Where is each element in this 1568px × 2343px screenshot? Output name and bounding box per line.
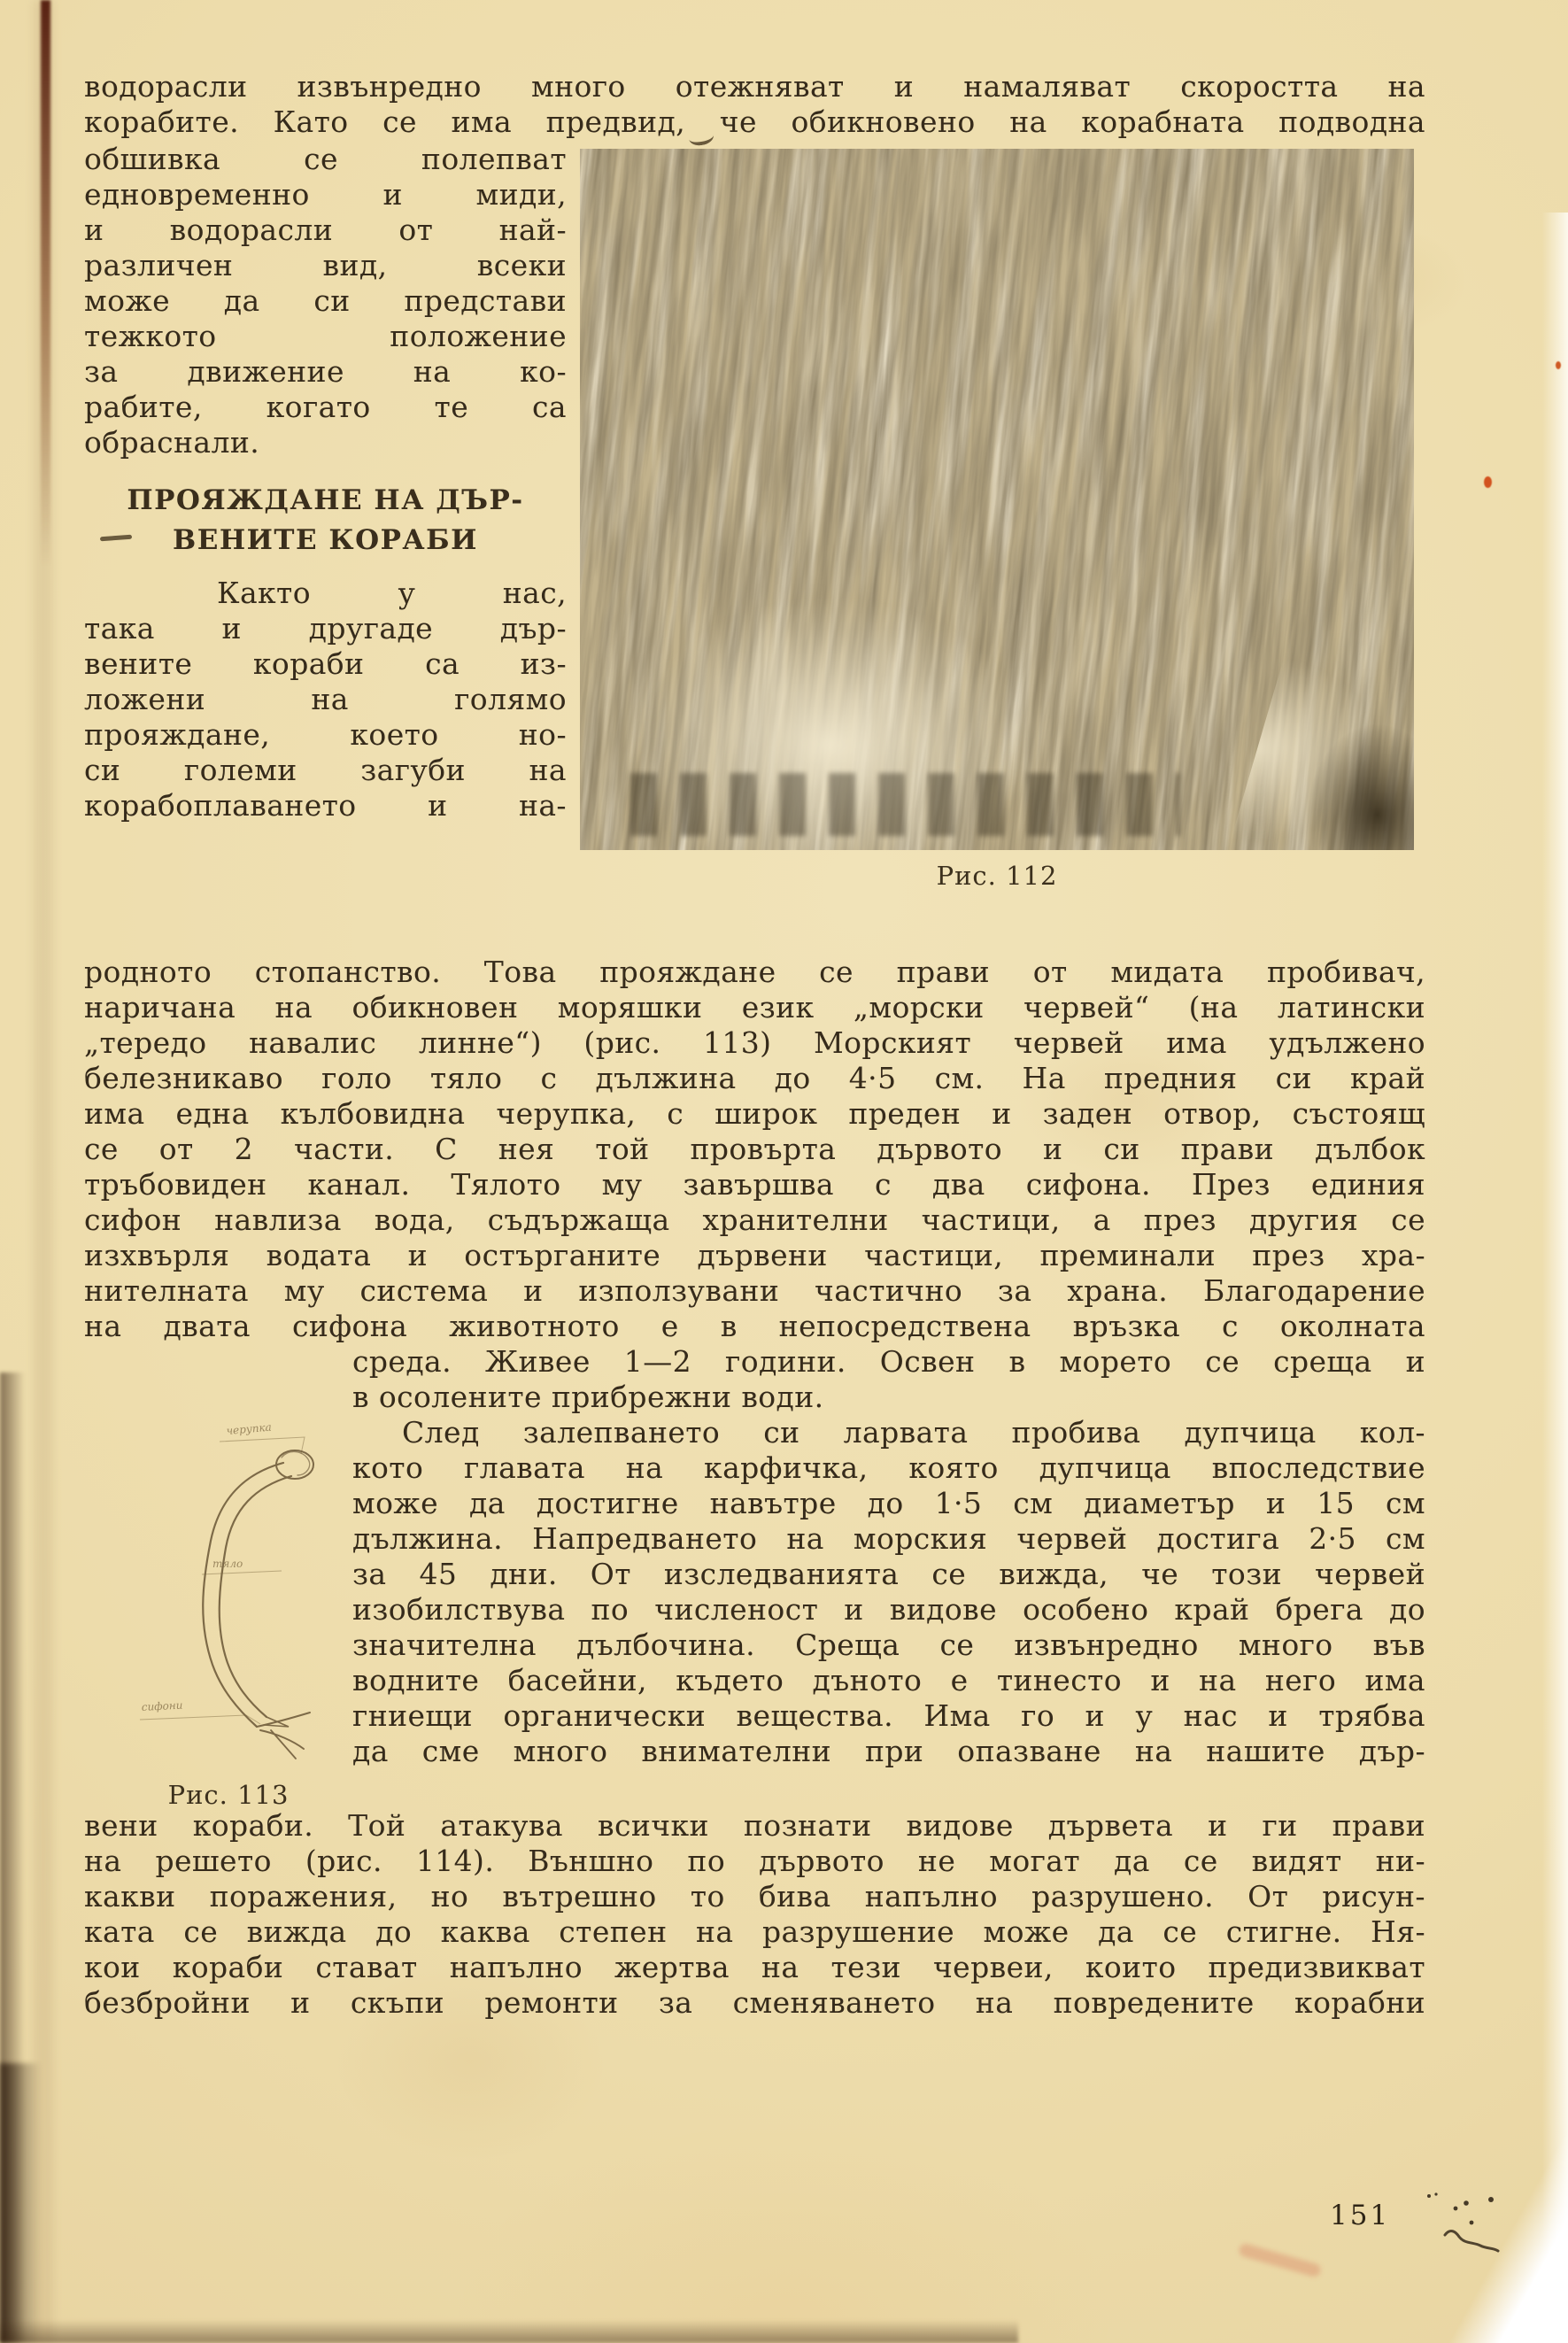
section-heading-line1: ПРОЯЖДАНЕ НА ДЪР- [84,481,567,521]
text-line: така и другаде дър- [84,611,567,646]
text-line: вени кораби. Той атакува всички познати … [84,1808,1425,1844]
text-line: водорасли извънредно много отежняват и н… [84,69,1425,104]
figure-112-caption: Рис. 112 [580,861,1414,891]
text-line: прояждане, което но- [84,717,567,753]
orange-ink-speck [1484,476,1492,488]
figure-112-photo [580,149,1414,850]
text-line: белезникаво голо тяло с дължина до 4·5 с… [84,1061,1425,1096]
text-line: корабоплаването и на- [84,788,567,824]
binding-crease-faint [34,0,53,2343]
text-line: водните басейни, където дъното е тинесто… [352,1663,1425,1698]
text-line: и водорасли от най- [84,213,567,248]
figure-113-label-shell: черупка [226,1421,272,1437]
text-line: безбройни и скъпи ремонти за сменяването… [84,1985,1425,2021]
text-line: в осолените прибрежни води. [352,1380,1425,1415]
binding-crease [41,0,50,567]
text-line: вените кораби са из- [84,646,567,682]
text-line: може да си представи [84,283,567,319]
book-page-scan: водорасли извънредно много отежняват и н… [0,0,1568,2343]
paragraph-right-column: среда. Живее 1—2 години. Освен в морето … [352,1344,1425,1769]
text-line: ложени на голямо [84,682,567,717]
text-line: наричана на обикновен моряшки език „морс… [84,990,1425,1025]
text-line: Както у нас, [84,576,567,611]
text-line: изобилствува по численост и видове особе… [352,1592,1425,1628]
bottom-left-shadow [0,1373,25,2343]
figure-113-label-siphons: сифони [141,1699,182,1713]
text-line: корабите. Като се има предвид, че обикно… [84,104,1425,140]
text-line: за 45 дни. От изследванията се вижда, че… [352,1557,1425,1592]
ink-dots-squiggle [1410,2180,1516,2269]
photo-bottom-blotches [630,773,1181,836]
bottom-page-edge [0,2320,1018,2343]
text-line: сифон навлиза вода, съдържаща хранителни… [84,1202,1425,1238]
text-line: се от 2 части. С нея той провърта дървот… [84,1132,1425,1167]
text-line: на решето (рис. 114). Външно по дървото … [84,1844,1425,1879]
text-line: среда. Живее 1—2 години. Освен в морето … [352,1344,1425,1380]
text-line: След залепването си ларвата пробива дупч… [352,1415,1425,1450]
figure-113-label-body: тяло [212,1558,243,1570]
text-line: различен вид, всеки [84,248,567,283]
text-line: нителната му система и използувани части… [84,1273,1425,1309]
photo-dark-corner [1197,542,1414,850]
text-line: ката се вижда до каква степен на разруше… [84,1914,1425,1950]
bottom-left-corner-shadow [0,2063,41,2343]
figure-113-drawing: черупка тяло сифони [113,1415,354,1771]
right-page-edge [1542,213,1568,2343]
paragraph-top: водорасли извънредно много отежняват и н… [84,69,1425,140]
red-ink-smudge [1238,2242,1322,2278]
text-line: дължина. Напредването на морския червей … [352,1521,1425,1557]
figure-113-caption: Рис. 113 [113,1780,344,1810]
text-line: може да достигне навътре до 1·5 см диаме… [352,1486,1425,1521]
text-line: изхвърля водата и остърганите дървени ча… [84,1238,1425,1273]
shipworm-illustration: черупка тяло сифони [113,1415,354,1771]
scanner-background-corner [1302,2051,1568,2343]
page-number: 151 [1330,2200,1390,2231]
paragraph-left-column-1: обшивка се полепватедновременно и миди,и… [84,142,567,460]
text-line: обраснали. [84,425,567,460]
text-line: на двата сифона животното е в непосредст… [84,1309,1425,1344]
text-line: „тередо навалис линне“) (рис. 113) Морск… [84,1025,1425,1061]
text-line: едновременно и миди, [84,177,567,213]
text-line: кои кораби стават напълно жертва на тези… [84,1950,1425,1985]
text-line: за движение на ко- [84,354,567,390]
text-line: значителна дълбочина. Среща се извънредн… [352,1628,1425,1663]
text-line: да сме много внимателни при опазване на … [352,1734,1425,1769]
text-line: гниещи органически вещества. Има го и у … [352,1698,1425,1734]
paragraph-left-column-2: Както у нас,така и другаде дър-вените ко… [84,576,567,824]
paragraph-bottom: вени кораби. Той атакува всички познати … [84,1808,1425,2021]
text-line: обшивка се полепват [84,142,567,177]
paragraph-main: родното стопанство. Това прояждане се пр… [84,955,1425,1344]
orange-ink-speck-small [1556,361,1561,369]
text-line: родното стопанство. Това прояждане се пр… [84,955,1425,990]
section-heading-line2: ВЕНИТЕ КОРАБИ [84,521,567,561]
text-line: тръбовиден канал. Тялото му завършва с д… [84,1167,1425,1202]
text-line: рабите, когато те са [84,390,567,425]
text-line: какви поражения, но вътрешно то бива нап… [84,1879,1425,1914]
section-heading: ПРОЯЖДАНЕ НА ДЪР- ВЕНИТЕ КОРАБИ [84,481,567,561]
text-line: тежкото положение [84,319,567,354]
text-line: кото главата на карфичка, която дупчица … [352,1450,1425,1486]
text-line: си големи загуби на [84,753,567,788]
text-line: има една кълбовидна черупка, с широк пре… [84,1096,1425,1132]
